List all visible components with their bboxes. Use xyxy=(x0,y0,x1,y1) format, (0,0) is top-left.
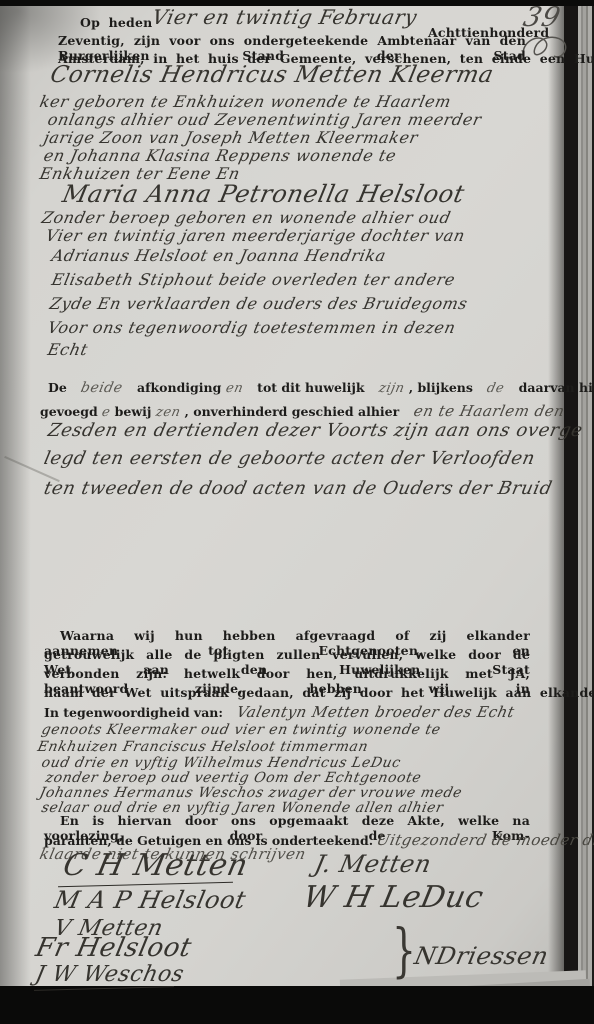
book-page-edges xyxy=(578,3,592,1003)
print-segment: tot dit huwelijk xyxy=(257,380,364,395)
witness-hw-line: Johannes Hermanus Weschos zwager der vro… xyxy=(38,785,464,801)
signature-witness: Fr Helsloot xyxy=(33,933,195,963)
print-segment: afkondiging xyxy=(137,380,221,395)
parties-line: en Johanna Klasina Reppens wonende te xyxy=(42,146,398,165)
parties-line: onlangs alhier oud Zevenentwintig Jaren … xyxy=(46,110,483,129)
handwritten-fill: de xyxy=(486,381,506,396)
handwritten-exception: Uitgezonderd de moeder die ver xyxy=(376,831,594,849)
signature-bride: M A P Helsloot xyxy=(52,886,249,914)
handwritten-fill: beide xyxy=(79,380,124,396)
parties-line: Voor ons tegenwoordig toetestemmen in de… xyxy=(46,318,458,337)
announcement-hw-line: legd ten eersten de geboorte acten der V… xyxy=(42,448,537,469)
handwritten-fill: zijn xyxy=(377,381,406,396)
handwritten-fill: zen xyxy=(154,405,182,420)
parties-line: Elisabeth Stiphout beide overleden ter a… xyxy=(50,270,457,289)
witness-hw-line: zonder beroep oud veertig Oom der Echtge… xyxy=(44,770,423,786)
print-segment: , onverhinderd geschied alhier xyxy=(185,404,400,419)
print-segment: , blijkens xyxy=(409,380,473,395)
signature-witness: W H LeDuc xyxy=(300,880,487,915)
parties-line: Zyde En verklaarden de ouders des Bruide… xyxy=(48,294,469,313)
print-segment: daarvan hiernevens xyxy=(519,380,594,395)
signature-witness: J W Weschos xyxy=(33,962,186,987)
opening-op-heden: Op heden xyxy=(80,15,152,30)
witness-hw-line: oud drie en vyftig Wilhelmus Hendricus L… xyxy=(40,755,402,771)
announcement-hw-line: Zesden en dertienden dezer Voorts zijn a… xyxy=(46,420,585,441)
binding-gap xyxy=(564,0,578,1024)
parties-line: Vier en twintig jaren meerderjarige doch… xyxy=(44,226,467,245)
announcement-hw-line: ten tweeden de dood acten van de Ouders … xyxy=(42,478,554,499)
parties-line: Echt xyxy=(46,340,90,359)
parties-line: ker geboren te Enkhuizen wonende te Haar… xyxy=(38,92,453,111)
paper-right-shadow xyxy=(548,0,564,1024)
scan-bottom-border xyxy=(0,986,594,1024)
handwritten-fill: en xyxy=(224,381,244,396)
announcement-line-1: De beide afkondiging en tot dit huwelijk… xyxy=(48,380,594,396)
marriage-record-scan: 39 Op heden Vier en twintig February Ach… xyxy=(0,0,594,1024)
declaration-line: naam der Wet uitspraak gedaan, dat zij d… xyxy=(44,685,594,700)
print-segment: bewij xyxy=(115,404,152,419)
bride-name-line: Maria Anna Petronella Helsloot xyxy=(60,180,467,208)
witness-hw-line: Enkhuizen Franciscus Helsloot timmerman xyxy=(36,739,370,755)
handwritten-fill: en te Haarlem den xyxy=(412,402,566,420)
groom-name-line: Cornelis Hendricus Metten Kleerma xyxy=(48,62,496,88)
registrar-brace: } xyxy=(392,916,416,984)
parties-line: Adrianus Helsloot en Joanna Hendrika xyxy=(50,246,388,265)
witness-hw-line: genoots Kleermaker oud vier en twintig w… xyxy=(40,722,442,738)
signature-father: J. Metten xyxy=(312,850,434,878)
handwritten-date: Vier en twintig February xyxy=(150,5,419,29)
print-segment: De xyxy=(48,380,67,395)
signature-registrar: NDriessen xyxy=(412,942,551,970)
announcement-line-2: gevoegd e bewij zen , onverhinderd gesch… xyxy=(40,402,564,420)
handwritten-witness-inline: Valentyn Metten broeder des Echt xyxy=(235,703,516,721)
signature-groom: C H Metten xyxy=(60,848,251,883)
witnesses-intro-line: In tegenwoordigheid van: Valentyn Metten… xyxy=(44,703,515,721)
left-edge-shading xyxy=(0,0,34,1024)
print-segment: gevoegd xyxy=(40,404,98,419)
print-segment: In tegenwoordigheid van: xyxy=(44,705,223,720)
parties-line: Zonder beroep geboren en wonende alhier … xyxy=(40,208,453,227)
handwritten-fill: e xyxy=(100,405,111,420)
parties-line: jarige Zoon van Joseph Metten Kleermaker xyxy=(42,128,420,147)
